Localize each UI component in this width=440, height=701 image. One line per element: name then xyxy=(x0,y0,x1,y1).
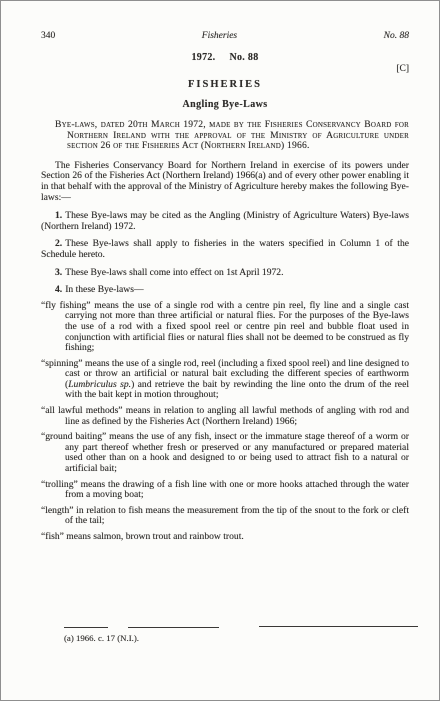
definition-item: “ground baiting” means the use of any fi… xyxy=(41,432,409,474)
clause-4: 4.In these Bye-laws— xyxy=(41,285,409,296)
scanned-document-page: 340 Fisheries No. 88 1972.No. 88 [C] FIS… xyxy=(0,0,440,701)
definition-text: “fly fishing” means the use of a single … xyxy=(41,300,409,353)
definition-item: “all lawful methods” means in relation t… xyxy=(41,406,409,427)
running-header: 340 Fisheries No. 88 xyxy=(41,31,409,42)
definition-text: “trolling” means the drawing of a fish l… xyxy=(41,479,409,501)
clause-number: 3. xyxy=(55,267,62,278)
document-title: Angling Bye-Laws xyxy=(41,99,409,110)
clause-3: 3.These Bye-laws shall come into effect … xyxy=(41,268,409,279)
definition-item: “spinning” means the use of a single rod… xyxy=(41,359,409,401)
definition-text: Lumbriculus sp. xyxy=(68,379,131,390)
page-content: 340 Fisheries No. 88 1972.No. 88 [C] FIS… xyxy=(1,1,439,543)
clause-number: 1. xyxy=(55,210,62,221)
issue-year: 1972. xyxy=(191,52,215,63)
issue-number: No. 88 xyxy=(229,52,258,63)
page-number: 340 xyxy=(41,31,55,42)
footnote-rule-segment xyxy=(128,627,219,628)
definition-item: “length” in relation to fish means the m… xyxy=(41,506,409,527)
running-instrument-number: No. 88 xyxy=(384,31,409,42)
definition-text: “fish” means salmon, brown trout and rai… xyxy=(41,531,244,542)
definition-item: “fly fishing” means the use of a single … xyxy=(41,301,409,354)
clause-2: 2.These Bye-laws shall apply to fisherie… xyxy=(41,239,409,260)
classification-mark: [C] xyxy=(41,64,409,74)
issue-line: 1972.No. 88 xyxy=(41,52,409,63)
definition-item: “fish” means salmon, brown trout and rai… xyxy=(41,532,409,543)
clause-number: 4. xyxy=(55,284,62,295)
definition-item: “trolling” means the drawing of a fish l… xyxy=(41,480,409,501)
definition-text: “ground baiting” means the use of any fi… xyxy=(41,431,409,474)
intro-paragraph: The Fisheries Conservancy Board for Nort… xyxy=(41,161,409,203)
definition-text: “all lawful methods” means in relation t… xyxy=(41,405,409,427)
clauses: 1.These Bye-laws may be cited as the Ang… xyxy=(41,211,409,296)
clause-text: These Bye-laws may be cited as the Angli… xyxy=(41,210,409,232)
clause-text: These Bye-laws shall apply to fisheries … xyxy=(41,238,409,260)
running-title: Fisheries xyxy=(202,31,237,42)
section-title: FISHERIES xyxy=(41,79,409,90)
footnote-rule-segment xyxy=(64,627,108,628)
definitions-list: “fly fishing” means the use of a single … xyxy=(41,301,409,543)
footnote-rule-segment xyxy=(259,626,418,627)
preamble: Bye-laws, dated 20th March 1972, made by… xyxy=(41,120,409,152)
definition-text: “length” in relation to fish means the m… xyxy=(41,505,409,527)
clause-1: 1.These Bye-laws may be cited as the Ang… xyxy=(41,211,409,232)
clause-number: 2. xyxy=(55,238,62,249)
clause-text: In these Bye-laws— xyxy=(65,284,143,295)
footnote: (a) 1966. c. 17 (N.I.). xyxy=(64,633,139,643)
clause-text: These Bye-laws shall come into effect on… xyxy=(65,267,283,278)
